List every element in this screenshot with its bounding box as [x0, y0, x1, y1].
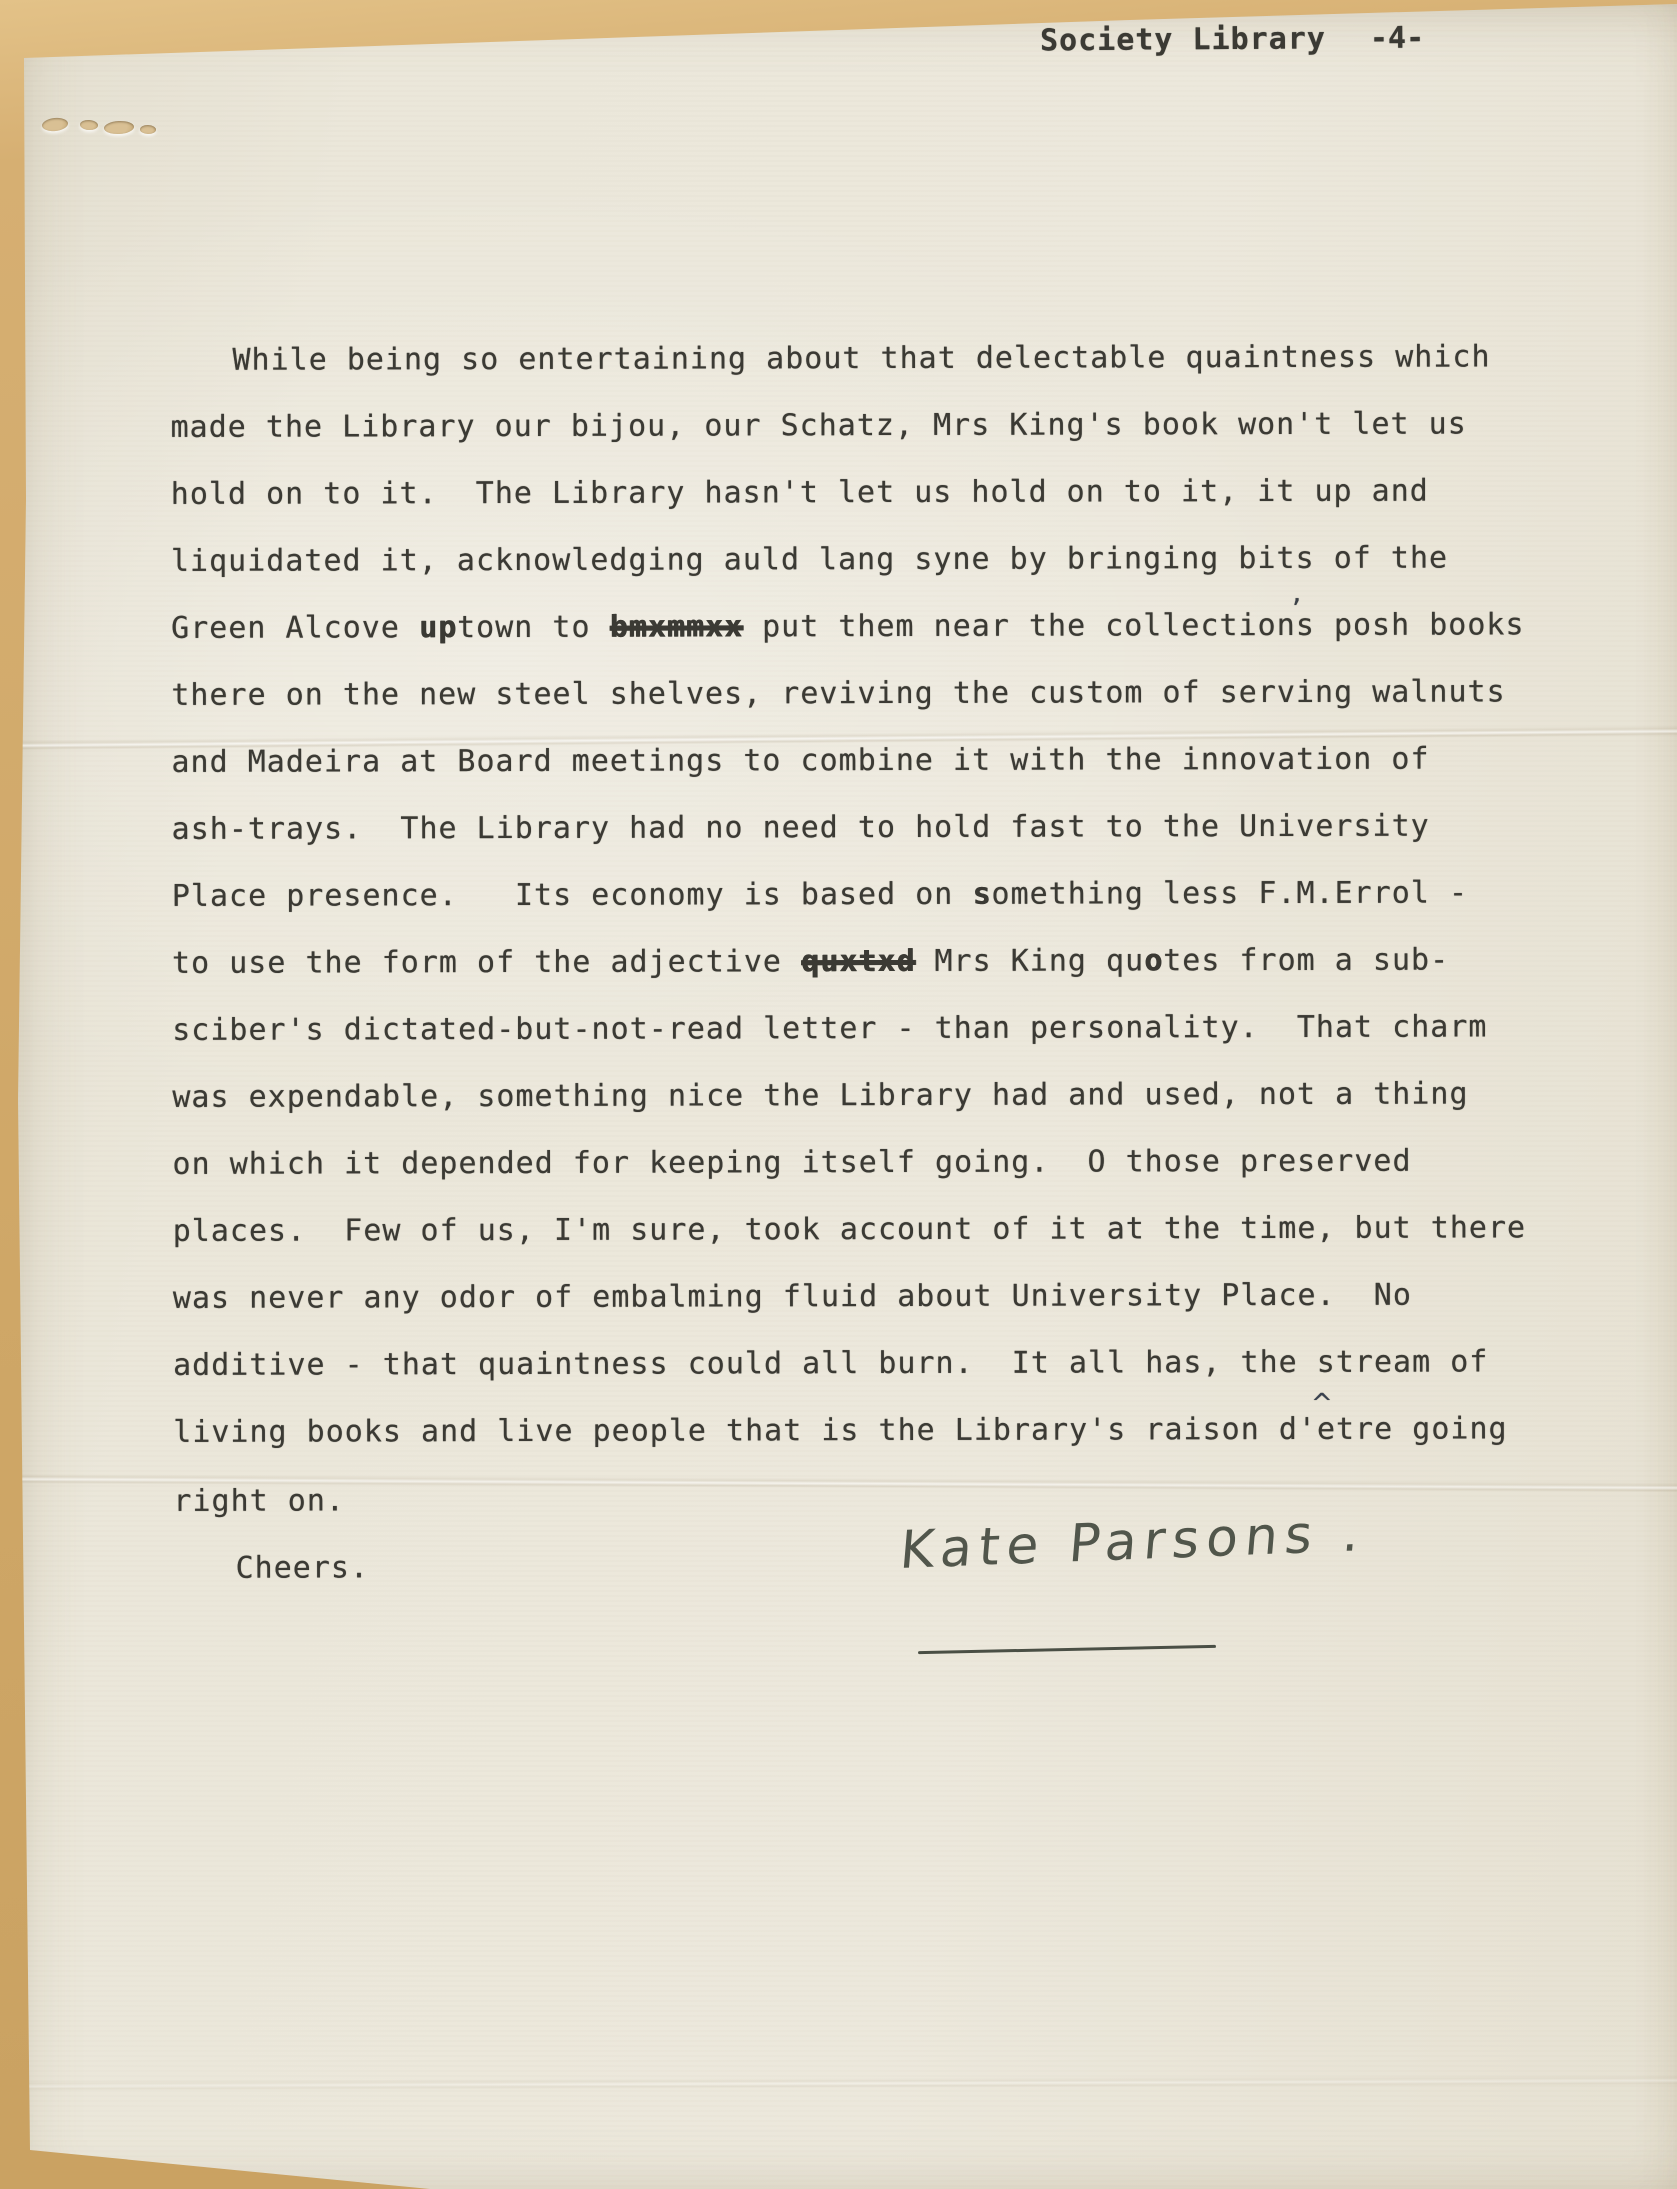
struck-out-word: bmxmmxx	[610, 609, 744, 644]
letter-text: s posh books	[1296, 607, 1525, 643]
letter-line: places. Few of us, I'm sure, took accoun…	[173, 1194, 1613, 1265]
letter-line: ash-trays. The Library had no need to ho…	[172, 792, 1612, 863]
letter-text: and Madeira at Board meetings to combine…	[171, 742, 1429, 780]
letter-text: hold on to it. The Library hasn't let us…	[171, 474, 1429, 512]
letter-text: up	[419, 610, 457, 645]
letter-line: on which it depended for keeping itself …	[172, 1127, 1612, 1198]
letter-line: additive - that quaintness could all bur…	[173, 1328, 1613, 1399]
letter-line: hold on to it. The Library hasn't let us…	[171, 457, 1611, 528]
letter-line: While being so entertaining about that d…	[170, 323, 1610, 394]
letter-text: living books and live people that is the…	[173, 1412, 1336, 1450]
letter-text: ash-trays. The Library had no need to ho…	[172, 809, 1430, 847]
letter-text: o	[1144, 943, 1163, 978]
letter-line: Place presence. Its economy is based on …	[172, 859, 1612, 930]
staple-tear-mark	[104, 120, 135, 135]
signature-underline	[918, 1645, 1216, 1654]
letter-line: made the Library our bijou, our Schatz, …	[171, 390, 1611, 461]
letter-text: tre going	[1336, 1411, 1508, 1446]
letter-line: was expendable, something nice the Libra…	[172, 1060, 1612, 1131]
page-number: -4-	[1370, 21, 1424, 56]
letter-text: Green Alcove	[171, 610, 419, 646]
letter-text: places. Few of us, I'm sure, took accoun…	[173, 1210, 1526, 1249]
letter-text: s	[972, 877, 991, 912]
letter-text: While being so entertaining about that d…	[232, 339, 1490, 377]
letter-line: Green Alcove uptown to bmxmmxx put them …	[171, 591, 1611, 662]
letter-text: made the Library our bijou, our Schatz, …	[171, 406, 1467, 444]
letter-text: was expendable, something nice the Libra…	[172, 1076, 1468, 1114]
letter-line: right on.	[173, 1464, 1613, 1535]
fold-crease-bottom	[0, 2075, 1677, 2091]
letter-text: Place presence. Its economy is based on	[172, 877, 973, 914]
letter-text: town to	[457, 610, 610, 645]
letter-text: on which it depended for keeping itself …	[172, 1144, 1411, 1182]
paper-sheet: Society Library-4- While being so entert…	[0, 0, 1677, 2189]
letter-text: to use the form of the adjective	[172, 944, 801, 981]
letter-text: right on.	[173, 1483, 345, 1518]
page-header: Society Library-4-	[1040, 21, 1424, 59]
letter-text: omething less F.M.Errol -	[991, 875, 1468, 911]
letter-line: Cheers.	[173, 1531, 1613, 1602]
header-title: Society Library	[1040, 21, 1326, 58]
staple-tear-mark	[80, 119, 99, 130]
letter-text: additive - that quaintness could all bur…	[173, 1344, 1488, 1382]
letter-text: put them near the collection	[743, 608, 1296, 644]
letter-line: living books and live people that is the…	[173, 1395, 1613, 1468]
letter-line: and Madeira at Board meetings to combine…	[171, 725, 1611, 796]
letter-body: While being so entertaining about that d…	[170, 323, 1613, 1602]
letter-text: liquidated it, acknowledging auld lang s…	[171, 541, 1448, 579]
letter-text: was never any odor of embalming fluid ab…	[173, 1278, 1412, 1316]
letter-line: to use the form of the adjective quxtxd …	[172, 926, 1612, 997]
staple-tear-mark	[41, 117, 68, 133]
staple-tear-mark	[140, 125, 156, 135]
letter-text: sciber's dictated-but-not-read letter - …	[172, 1009, 1487, 1047]
letter-text: Cheers.	[236, 1550, 370, 1585]
letter-line: sciber's dictated-but-not-read letter - …	[172, 993, 1612, 1064]
letter-text: tes from a sub-	[1163, 943, 1449, 979]
letter-line: liquidated it, acknowledging auld lang s…	[171, 524, 1611, 595]
letter-line: there on the new steel shelves, reviving…	[171, 658, 1611, 729]
letter-text: Mrs King qu	[915, 943, 1144, 979]
struck-out-word: quxtxd	[801, 944, 915, 979]
scanned-letter-page: Society Library-4- While being so entert…	[0, 0, 1677, 2189]
letter-text: there on the new steel shelves, reviving…	[171, 674, 1505, 712]
letter-line: was never any odor of embalming fluid ab…	[173, 1261, 1613, 1332]
